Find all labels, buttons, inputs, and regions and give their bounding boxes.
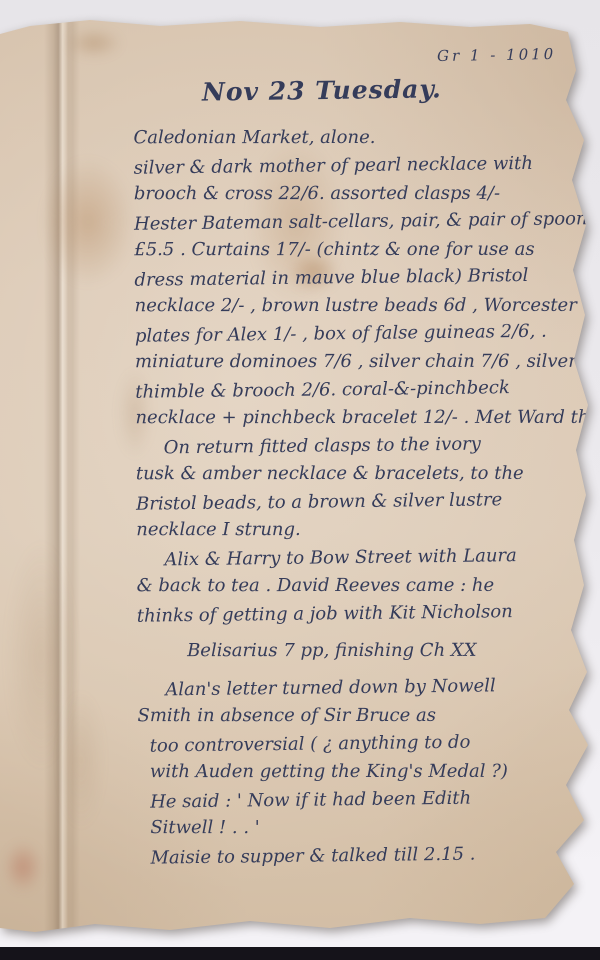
paper-wrap: Gr 1 - 1010 Nov 23 Tuesday. Caledonian M… (0, 0, 600, 960)
handwritten-line: necklace + pinchbeck bracelet 12/- . Met… (135, 404, 581, 432)
scanned-diary-page: Gr 1 - 1010 Nov 23 Tuesday. Caledonian M… (0, 0, 600, 960)
handwritten-line: brooch & cross 22/6. assorted clasps 4/- (134, 180, 580, 208)
handwritten-line: dress material in mauve blue black) Bris… (134, 261, 580, 294)
handwritten-line: miniature dominoes 7/6 , silver chain 7/… (135, 348, 581, 376)
handwritten-line: silver & dark mother of pearl necklace w… (134, 149, 580, 182)
handwritten-line: too controversial ( ¿ anything to do (138, 727, 584, 760)
stain-blob (4, 842, 42, 892)
entry-date-heading: Nov 23 Tuesday. (202, 74, 442, 106)
archive-code: Gr 1 - 1010 (437, 45, 557, 65)
stain-blob (58, 690, 104, 830)
handwritten-line: Maisie to supper & talked till 2.15 . (138, 839, 584, 872)
handwritten-line: Alan's letter turned down by Nowell (137, 671, 583, 704)
handwritten-line: He said : ' Now if it had been Edith (138, 783, 584, 816)
handwritten-line: Sitwell ! . . ' (138, 814, 584, 842)
stain-blob (66, 28, 122, 58)
handwritten-line: plates for Alex 1/- , box of false guine… (135, 317, 581, 350)
handwritten-line: Caledonian Market, alone. (133, 124, 579, 152)
stain-blob (42, 158, 134, 286)
note-body: Caledonian Market, alone. silver & dark … (133, 122, 584, 871)
handwritten-line: Hester Bateman salt-cellars, pair, & pai… (134, 205, 580, 238)
handwritten-line: necklace 2/- , brown lustre beads 6d , W… (135, 292, 581, 320)
handwritten-line: with Auden getting the King's Medal ?) (138, 758, 584, 786)
handwritten-line: On return fitted clasps to the ivory (135, 429, 581, 462)
handwritten-line: Bristol beads, to a brown & silver lustr… (136, 485, 582, 518)
paper-sheet: Gr 1 - 1010 Nov 23 Tuesday. Caledonian M… (0, 0, 600, 960)
handwritten-line: Alix & Harry to Bow Street with Laura (136, 541, 582, 574)
handwritten-line: £5.5 . Curtains 17/- (chintz & one for u… (134, 236, 580, 264)
handwritten-line: thimble & brooch 2/6. coral-&-pinchbeck (135, 373, 581, 406)
handwritten-line: & back to tea . David Reeves came : he (137, 572, 583, 600)
handwritten-line: tusk & amber necklace & bracelets, to th… (136, 460, 582, 488)
handwritten-line: necklace I strung. (136, 516, 582, 544)
handwritten-line: Belisarius 7 pp, finishing Ch XX (137, 637, 583, 665)
handwritten-line: Smith in absence of Sir Bruce as (138, 702, 584, 730)
handwritten-line: thinks of getting a job with Kit Nichols… (137, 597, 583, 630)
